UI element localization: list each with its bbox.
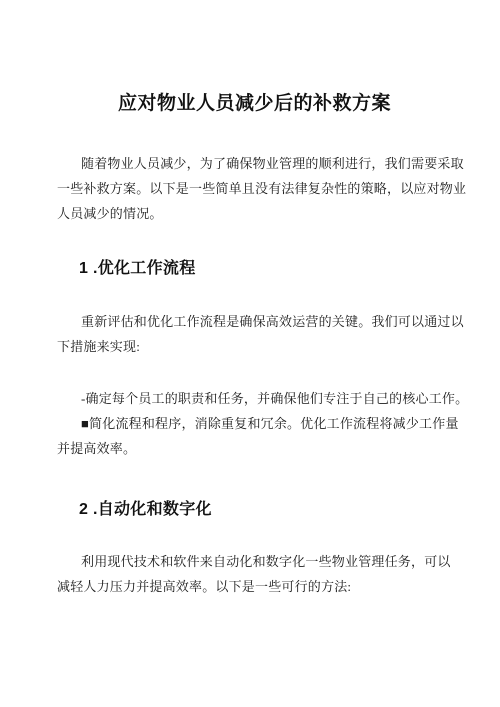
- text-line: 下措施来实现:: [57, 334, 452, 359]
- section-1-bullet-list: -确定每个员工的职责和任务，并确保他们专注于自己的核心工作。 ■简化流程和程序，…: [57, 386, 452, 461]
- section-heading-optimize-workflow: 1 .优化工作流程: [57, 259, 452, 279]
- section-1-paragraph: 重新评估和优化工作流程是确保高效运营的关键。我们可以通过以 下措施来实现:: [57, 309, 452, 359]
- text-line: 随着物业人员减少，为了确保物业管理的顺利进行，我们需要采取: [57, 151, 452, 176]
- document-title: 应对物业人员减少后的补救方案: [57, 91, 452, 116]
- bullet-item-continuation: 并提高效率。: [57, 436, 452, 461]
- bullet-item: -确定每个员工的职责和任务，并确保他们专注于自己的核心工作。: [57, 386, 452, 411]
- intro-paragraph: 随着物业人员减少，为了确保物业管理的顺利进行，我们需要采取 一些补救方案。以下是…: [57, 151, 452, 226]
- text-line: 减轻人力压力并提高效率。以下是一些可行的方法:: [57, 574, 452, 599]
- text-line: 重新评估和优化工作流程是确保高效运营的关键。我们可以通过以: [57, 309, 452, 334]
- text-line: 利用现代技术和软件来自动化和数字化一些物业管理任务，可以: [57, 549, 452, 574]
- bullet-item: ■简化流程和程序，消除重复和冗余。优化工作流程将减少工作量: [57, 411, 452, 436]
- text-line: 人员减少的情况。: [57, 201, 452, 226]
- section-2-paragraph: 利用现代技术和软件来自动化和数字化一些物业管理任务，可以 减轻人力压力并提高效率…: [57, 549, 452, 599]
- text-line: 一些补救方案。以下是一些简单且没有法律复杂性的策略，以应对物业: [57, 176, 452, 201]
- document-page: 应对物业人员减少后的补救方案 随着物业人员减少，为了确保物业管理的顺利进行，我们…: [0, 0, 500, 707]
- section-heading-automation-digitization: 2 .自动化和数字化: [57, 500, 452, 520]
